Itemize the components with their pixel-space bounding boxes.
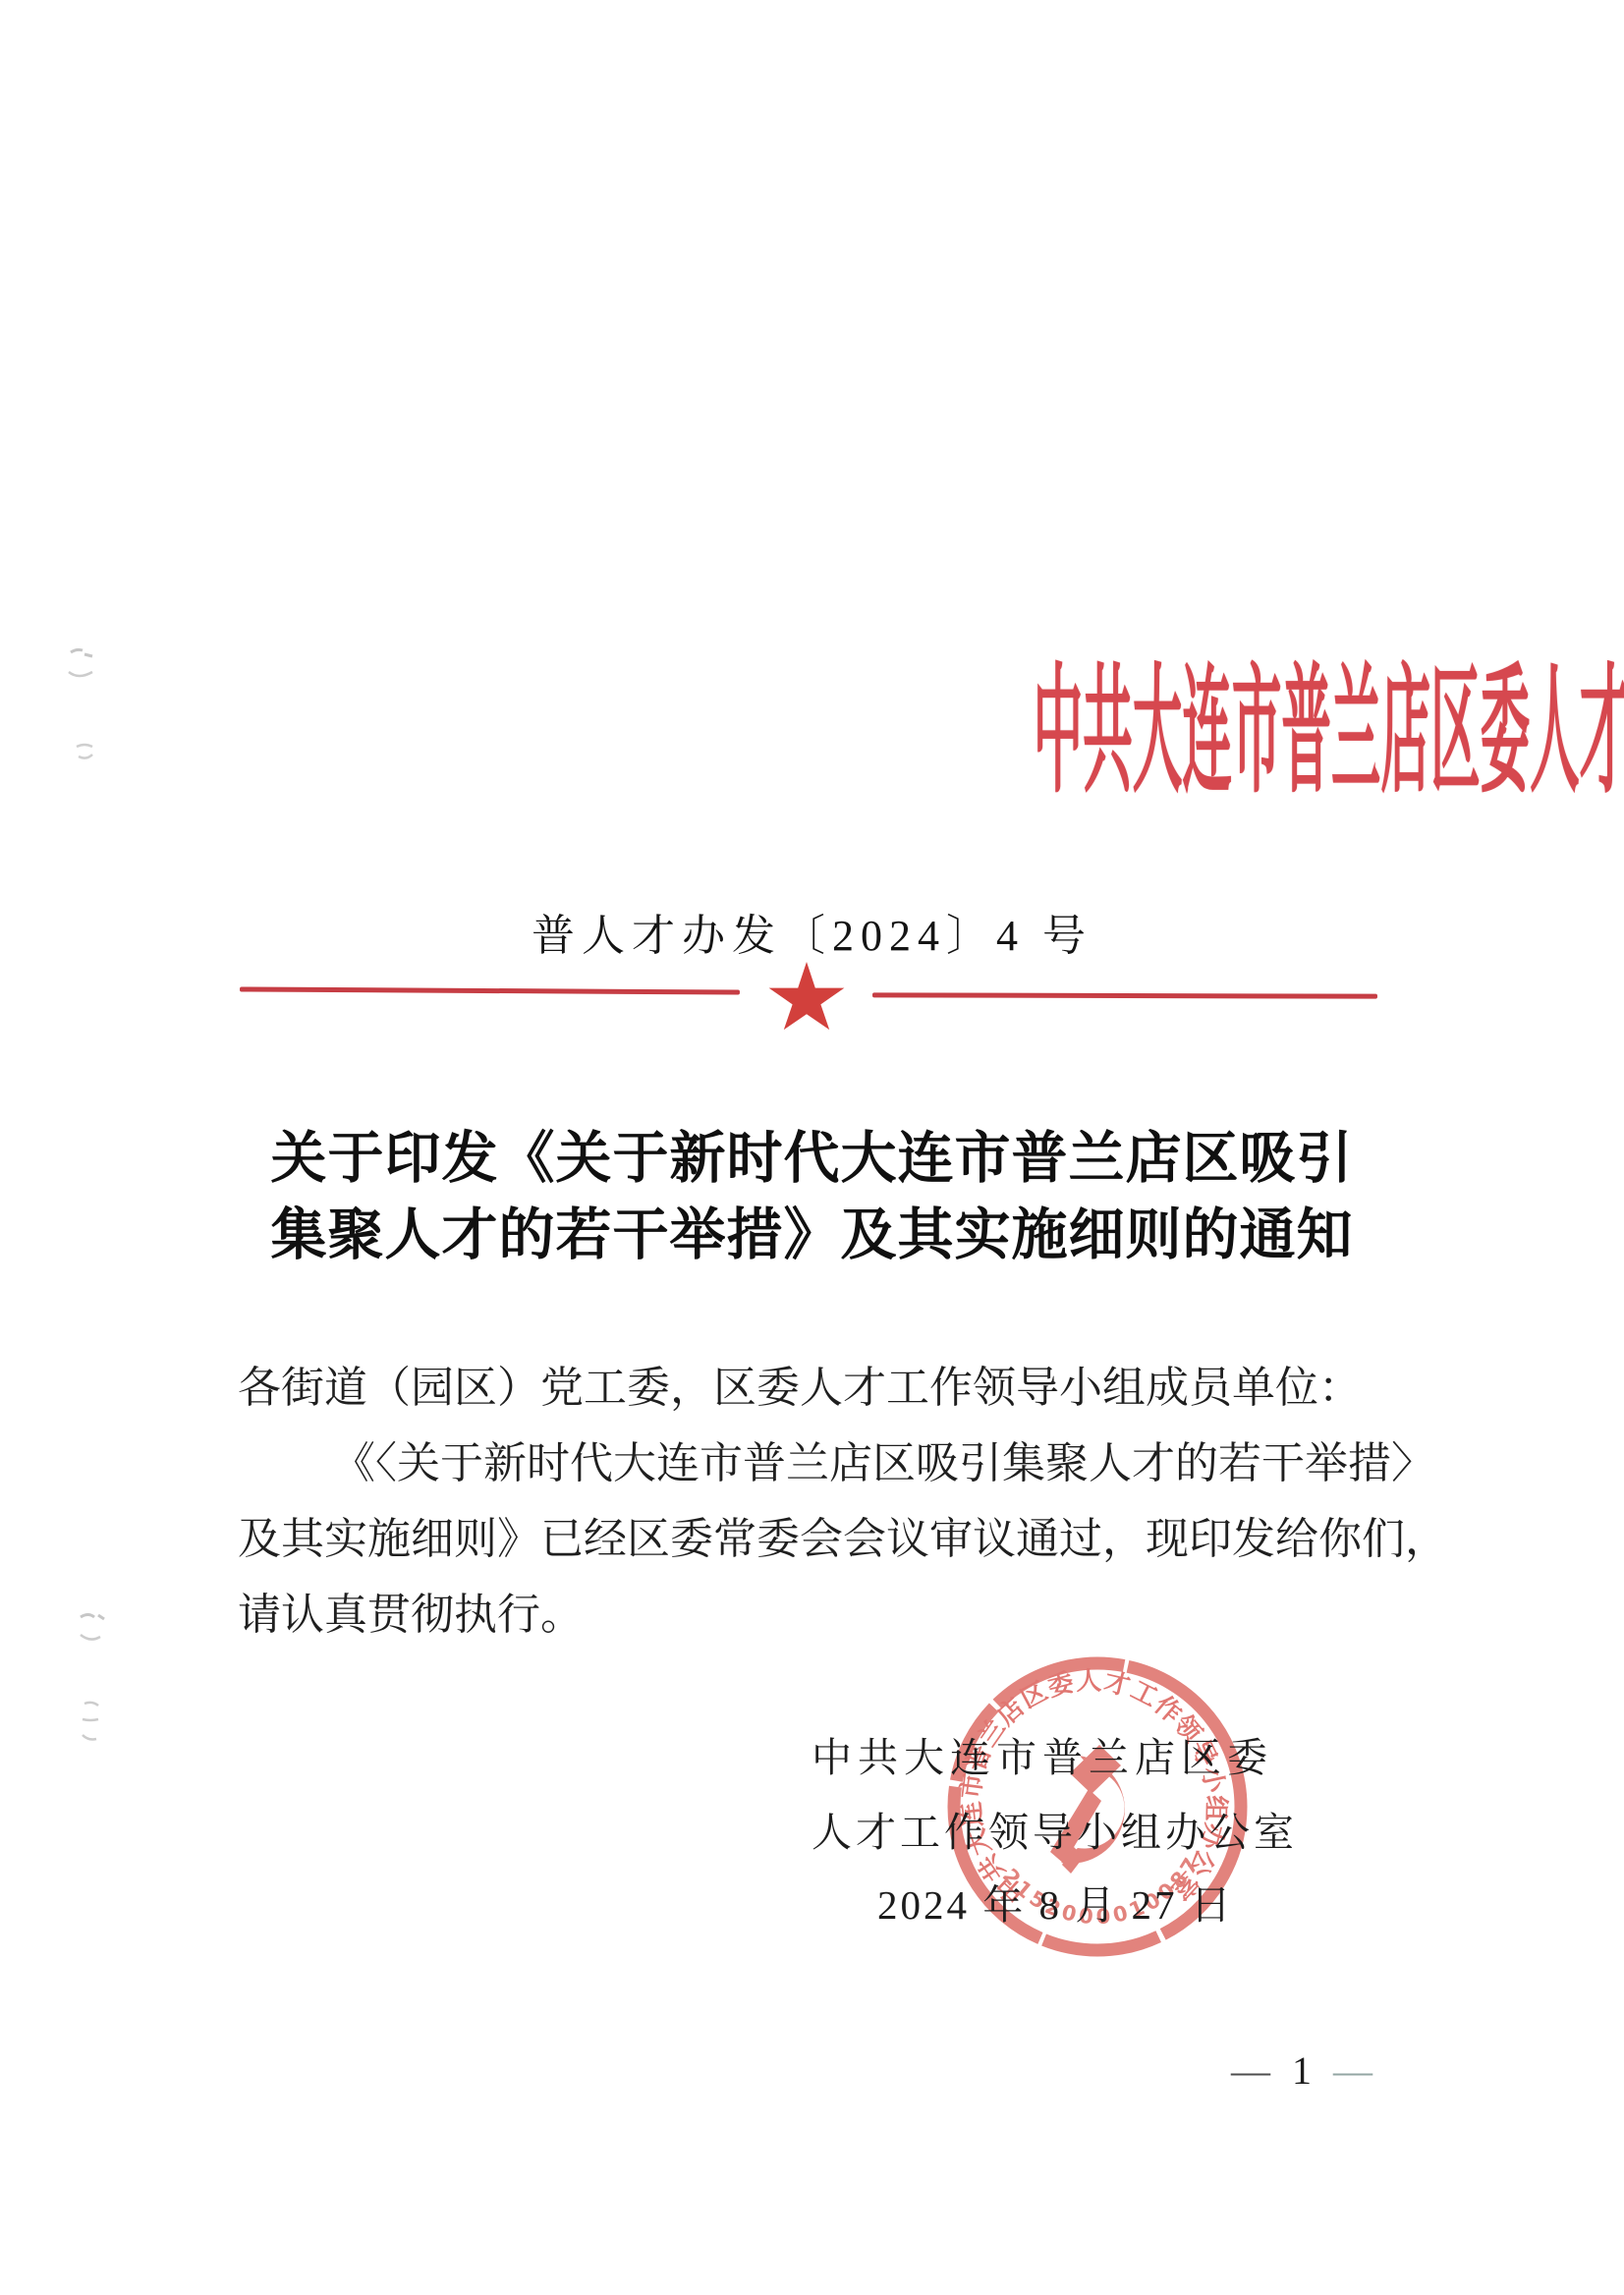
- footer-dash-right: —: [1333, 2048, 1372, 2093]
- signature-date: 2024 年 8 月 27 日: [877, 1882, 1234, 1928]
- letterhead-text: 中共大连市普兰店区委人才工作领导小组办公室文件: [1034, 660, 1624, 804]
- pencil-smudge-2: [73, 739, 100, 764]
- salutation: 各街道（园区）党工委，区委人才工作领导小组成员单位：: [238, 1364, 1362, 1413]
- title-line-1: 关于印发《关于新时代大连市普兰店区吸引: [0, 1121, 1624, 1198]
- pencil-smudge-4: [79, 1698, 106, 1745]
- signature-org-line-2: 人才工作领导小组办公室: [812, 1810, 1298, 1855]
- paragraph-line-1: 《〈关于新时代大连市普兰店区吸引集聚人才的若干举措〉: [332, 1439, 1434, 1488]
- red-rule-left: [240, 986, 740, 994]
- footer-dash-left: —: [1231, 2048, 1270, 2093]
- star-icon: [767, 962, 846, 1036]
- document-title: 关于印发《关于新时代大连市普兰店区吸引 集聚人才的若干举措》及其实施细则的通知: [0, 1121, 1624, 1274]
- pencil-smudge-3: [75, 1609, 110, 1649]
- red-rule-right: [872, 992, 1377, 998]
- paragraph-line-3: 请认真贯彻执行。: [238, 1591, 584, 1640]
- document-number: 普人才办发〔2024〕4 号: [0, 912, 1624, 961]
- paragraph-line-2: 及其实施细则》已经区委常委会会议审议通过，现印发给你们，: [238, 1515, 1448, 1564]
- title-line-2: 集聚人才的若干举措》及其实施细则的通知: [0, 1198, 1624, 1274]
- page-number-footer: —1—: [1231, 2049, 1372, 2093]
- pencil-smudge-1: [65, 639, 110, 686]
- footer-page-number: 1: [1292, 2048, 1312, 2093]
- signature-org-line-1: 中共大连市普兰店区委: [812, 1735, 1273, 1780]
- letterhead: 中共大连市普兰店区委人才工作领导小组办公室文件: [0, 660, 1624, 804]
- document-page: 中共大连市普兰店区委人才工作领导小组办公室文件 普人才办发〔2024〕4 号 关…: [0, 0, 1624, 2295]
